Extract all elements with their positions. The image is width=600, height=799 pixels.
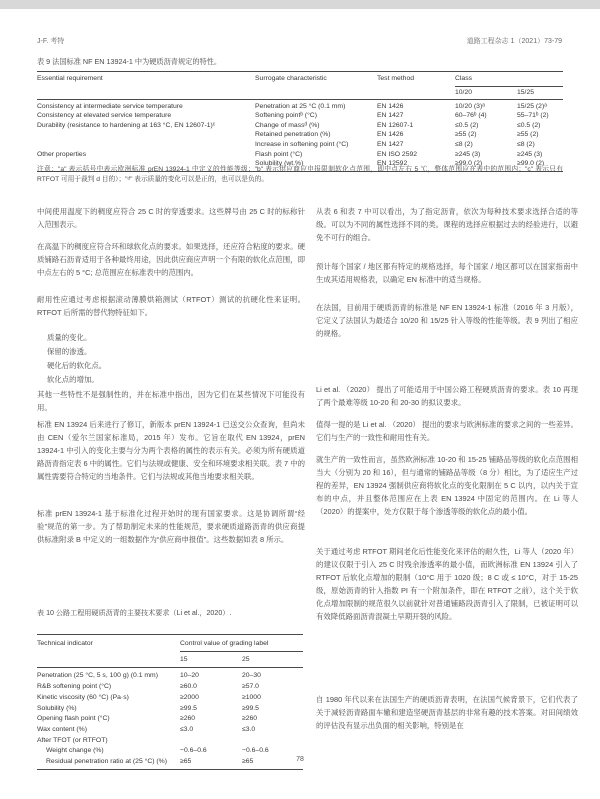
table-cell: Kinetic viscosity (60 °C) (Pa·s) (37, 691, 180, 702)
table-row: Kinetic viscosity (60 °C) (Pa·s)≥2000≥10… (37, 691, 303, 702)
left-column: 中间使用温度下的稠度应符合 25 C 时的穿透要求。这些牌号由 25 C 时的标… (37, 200, 305, 546)
paragraph: 在法国，目前用于硬质沥青的标准是 NF EN 13924-1 标准（2016 年… (316, 301, 578, 340)
table-cell: ≥245 (3) (517, 150, 563, 160)
table-cell: 15/25 (2)ᵃ (517, 100, 563, 112)
table-cell: Penetration (25 °C, 5 s, 100 g) (0.1 mm) (37, 668, 180, 681)
table-cell: R&B softening point (°C) (37, 681, 180, 692)
table-cell: EN 1427 (377, 111, 455, 121)
paragraph: Li et al. （2020） 提出了可能适用于中国公路工程硬质沥青的要求。表… (316, 383, 578, 409)
table-cell (180, 734, 242, 745)
running-head-author: J-F. 考特 (37, 36, 64, 46)
table9-subheader-row: 10/20 15/25 (37, 86, 563, 100)
table-cell: Durability (resistance to hardening at 1… (37, 121, 255, 131)
table-cell: ≥2000 (180, 691, 242, 702)
paragraph: 中间使用温度下的稠度应符合 25 C 时的穿透要求。这些牌号由 25 C 时的标… (37, 205, 305, 231)
table-cell: Wax content (%) (37, 723, 180, 734)
table9-subheader-empty (255, 86, 377, 100)
table9-col-class-1020: 10/20 (455, 86, 517, 100)
table-cell: After TFOT (or RTFOT) (37, 734, 180, 745)
table9-col-essential-requirement: Essential requirement (37, 72, 255, 87)
table-cell: ≤8 (2) (517, 140, 563, 150)
table-row: Consistency at elevated service temperat… (37, 111, 563, 121)
table-cell: EN 1426 (377, 100, 455, 112)
table-cell: ≤0.5 (2) (517, 121, 563, 131)
table-cell: Change of massᵈ (%) (255, 121, 377, 131)
right-column: 从表 6 和表 7 中可以看出，为了指定沥青，依次为每种技术要求选择合适的等级。… (316, 200, 578, 732)
table10-block: 表 10 公路工程用硬质沥青的主要技术要求（Li et al.，2020）. T… (37, 608, 303, 770)
table-cell: ≥55 (2) (455, 130, 517, 140)
table-cell: Retained penetration (%) (255, 130, 377, 140)
table-cell: ≤3.0 (180, 723, 242, 734)
list-item: 软化点的增加。 (47, 373, 305, 387)
table-cell: 10/20 (3)ᵃ (455, 100, 517, 112)
paragraph: 自 1980 年代以来在法国生产的硬质沥青表明，在法国气候背景下，它们代表了关于… (316, 693, 578, 732)
table-cell: 20–30 (242, 668, 303, 681)
table9-col-test-method: Test method (377, 72, 455, 87)
list-item: 保留的渗透。 (47, 345, 305, 359)
running-head-journal: 道路工程杂志 1（2021）73-79 (467, 36, 562, 46)
table10-caption: 表 10 公路工程用硬质沥青的主要技术要求（Li et al.，2020）. (37, 608, 303, 618)
table-cell: EN 1427 (377, 140, 455, 150)
table-row: Other propertiesFlash point (°C)EN ISO 2… (37, 150, 563, 160)
table-cell: Other properties (37, 150, 255, 160)
table9-subheader-empty (377, 86, 455, 100)
table-cell: ≥1000 (242, 691, 303, 702)
table-cell: 10–20 (180, 668, 242, 681)
table-cell: EN 1426 (377, 130, 455, 140)
table-row: Penetration (25 °C, 5 s, 100 g) (0.1 mm)… (37, 668, 303, 681)
table-row: Consistency at intermediate service temp… (37, 100, 563, 112)
table-cell (37, 130, 255, 140)
table-row: Solubility (%)≥99.5≥99.5 (37, 702, 303, 713)
paragraph: 耐用性应通过考虑根据滚动薄膜烘箱测试（RTFOT）测试的抗硬化性来证明。RTFO… (37, 293, 305, 319)
table-cell: Solubility (%) (37, 702, 180, 713)
table10-col-control-value: Control value of grading label (180, 635, 303, 652)
table-cell: ≤3.0 (242, 723, 303, 734)
table-row: Durability (resistance to hardening at 1… (37, 121, 563, 131)
paragraph: 预计每个国家 / 地区都有特定的规格选择，每个国家 / 地区都可以在国家指南中生… (316, 260, 578, 286)
paragraph: 其他一些特性不是强制性的，并在标准中指出，因为它们在某些情况下可能没有用。 (37, 388, 305, 414)
list-item: 硬化后的软化点。 (47, 359, 305, 373)
table-row: Weight change (%)−0.6–0.6−0.6–0.6 (37, 745, 303, 756)
table-cell: ≤8 (2) (455, 140, 517, 150)
table9: Essential requirement Surrogate characte… (37, 71, 563, 172)
table-cell: Opening flash point (°C) (37, 713, 180, 724)
table-cell: Increase in softening point (°C) (255, 140, 377, 150)
paragraph: 就生产的一致性而言，虽然欧洲标准 10-20 和 15-25 铺路品等级的软化点… (316, 453, 578, 518)
table-cell: ≥57.0 (242, 681, 303, 692)
table-cell (37, 140, 255, 150)
table-cell: EN 12607-1 (377, 121, 455, 131)
list-item: 质量的变化。 (47, 331, 305, 345)
table-row: R&B softening point (°C)≥60.0≥57.0 (37, 681, 303, 692)
table-cell: Penetration at 25 °C (0.1 mm) (255, 100, 377, 112)
table-cell: Consistency at intermediate service temp… (37, 100, 255, 112)
scan-edge-strip (0, 0, 600, 9)
table10-header-row: Technical indicator Control value of gra… (37, 635, 303, 652)
table-cell: ≥260 (180, 713, 242, 724)
table-cell: ≤0.5 (2) (455, 121, 517, 131)
table-cell: 60–76ᵇ (4) (455, 111, 517, 121)
table-cell: ≥60.0 (180, 681, 242, 692)
paragraph: 值得一提的是 Li et al. （2020） 提出的要求与欧洲标准的要求之间的… (316, 418, 578, 444)
table-row: After TFOT (or RTFOT) (37, 734, 303, 745)
table10-col-grade-15: 15 (180, 652, 242, 668)
table9-col-surrogate-characteristic: Surrogate characteristic (255, 72, 377, 87)
table-cell: EN ISO 2592 (377, 150, 455, 160)
table9-subheader-empty (37, 86, 255, 100)
table-row: Opening flash point (°C)≥260≥260 (37, 713, 303, 724)
table10: Technical indicator Control value of gra… (37, 634, 303, 770)
table-cell: Softening pointᵇ (°C) (255, 111, 377, 121)
table-cell: ≥99.5 (180, 702, 242, 713)
table-row: Wax content (%)≤3.0≤3.0 (37, 723, 303, 734)
table-cell: 55–71ᵇ (2) (517, 111, 563, 121)
table10-subheader-row: 15 25 (37, 652, 303, 668)
table-cell: −0.6–0.6 (242, 745, 303, 756)
table-cell: ≥260 (242, 713, 303, 724)
bullet-list: 质量的变化。 保留的渗透。 硬化后的软化点。 软化点的增加。 (37, 331, 305, 387)
table-row: Increase in softening point (°C)EN 1427≤… (37, 140, 563, 150)
table9-footnote: 注意："a" 表示括号中表示欧洲标准 prEN 13924-1 中定义的性能等级… (37, 165, 563, 184)
table9-col-class-1525: 15/25 (517, 86, 563, 100)
table-cell: Consistency at elevated service temperat… (37, 111, 255, 121)
table-cell: ≥245 (3) (455, 150, 517, 160)
table9-header-row: Essential requirement Surrogate characte… (37, 72, 563, 87)
table-cell: Flash point (°C) (255, 150, 377, 160)
table9-caption: 表 9 法国标准 NF EN 13924-1 中为硬质沥青规定的特性。 (37, 57, 221, 67)
table10-subheader-empty (37, 652, 180, 668)
paragraph: 从表 6 和表 7 中可以看出，为了指定沥青，依次为每种技术要求选择合适的等级。… (316, 205, 578, 244)
table-cell (242, 734, 303, 745)
table-cell: ≥99.5 (242, 702, 303, 713)
paragraph: 标准 prEN 13924-1 基于标准化过程开始时的现有国家要求。这是协调所谓… (37, 507, 305, 546)
table-row: Retained penetration (%)EN 1426≥55 (2)≥5… (37, 130, 563, 140)
paragraph: 关于通过考虑 RTFOT 期间老化后性能变化来评估的耐久性，Li 等人（2020… (316, 545, 578, 623)
table-cell: ≥55 (2) (517, 130, 563, 140)
table-cell: Weight change (%) (37, 745, 180, 756)
table-cell: −0.6–0.6 (180, 745, 242, 756)
paragraph: 在高温下的稠度应符合环和球软化点的要求。如果选择，还应符合粘度的要求。硬质铺路石… (37, 240, 305, 279)
paragraph: 标准 EN 13924 后来进行了修订，新版本 prEN 13924-1 已送交… (37, 418, 305, 483)
table10-col-grade-25: 25 (242, 652, 303, 668)
table10-col-technical-indicator: Technical indicator (37, 635, 180, 652)
page-number: 78 (0, 756, 600, 763)
table9-col-class: Class (455, 72, 563, 87)
